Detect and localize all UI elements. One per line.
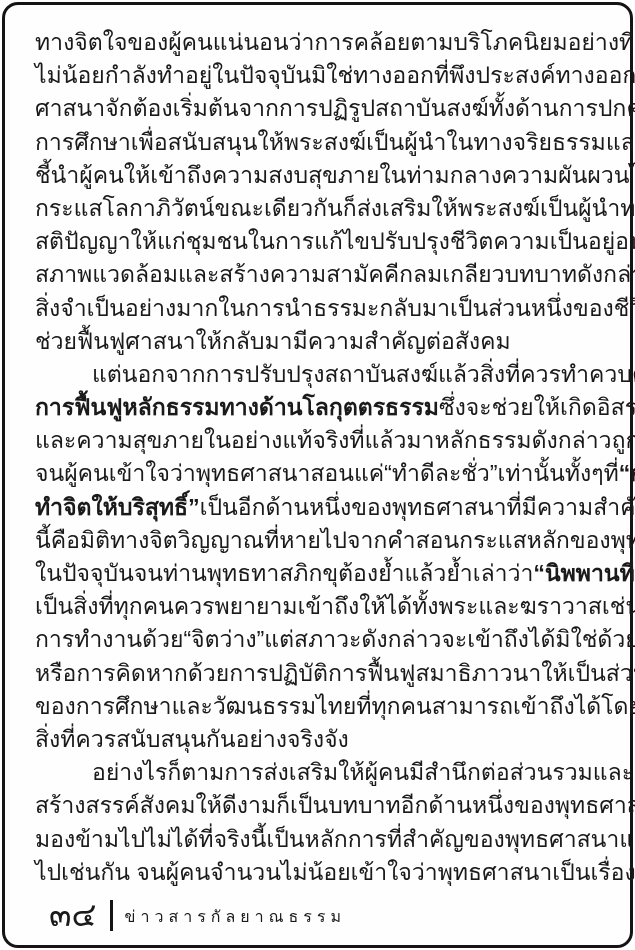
text-line: ไปเช่นกัน จนผู้คนจำนวนไม่น้อยเข้าใจว่าพุ… bbox=[35, 856, 615, 889]
text-segment: ที่จริงนี้เป็นหลักการที่สำคัญของพุทธศาสน… bbox=[198, 823, 619, 856]
text-segment: “นิพพานที่นี่ bbox=[533, 557, 635, 590]
text-segment: ไม่น้อยกำลังทำอยู่ในปัจจุบันมิใช่ทางออกท… bbox=[35, 59, 555, 92]
text-segment: สร้างสรรค์สังคมให้ดีงาม bbox=[35, 789, 276, 822]
text-line: มองข้ามไปไม่ได้ที่จริงนี้เป็นหลักการที่ส… bbox=[35, 823, 615, 856]
text-segment: ทั้งพระและฆราวาส bbox=[412, 590, 602, 623]
text-segment: สิ่งจำเป็นอย่างมากในการนำธรรมะกลับมาเป็น… bbox=[35, 292, 635, 325]
text-segment: พุทธศาสนาสอนแค่ bbox=[196, 457, 384, 490]
text-segment: ขณะเดียวกันก็ส่งเสริมให้พระสงฆ์เป็นผู้นำ… bbox=[215, 192, 635, 225]
text-segment: ของการศึกษาและวัฒนธรรมไทยที่ทุกคนสามารถเ… bbox=[35, 690, 635, 723]
text-segment: และช่วยกัน bbox=[593, 756, 635, 789]
text-segment: “ทำดี bbox=[384, 457, 435, 490]
text-segment: หรือการคิด bbox=[35, 657, 146, 690]
text-segment: และความสุขภายในอย่างแท้จริง bbox=[35, 424, 349, 457]
text-segment: สติปัญญาให้แก่ชุมชนในการแก้ไขปรับปรุงชีว… bbox=[35, 225, 615, 258]
text-segment: จนผู้คนเข้าใจว่า bbox=[35, 457, 196, 490]
text-line: กระแสโลกาภิวัตน์ขณะเดียวกันก็ส่งเสริมให้… bbox=[35, 192, 615, 225]
text-line: การทำงานด้วย“จิตว่าง”แต่สภาวะดังกล่าวจะเ… bbox=[35, 623, 615, 656]
text-line: แต่นอกจากการปรับปรุงสถาบันสงฆ์แล้วสิ่งที… bbox=[35, 358, 615, 391]
text-segment: ก็เป็นบทบาทอีกด้านหนึ่งของพุทธศาสนาที่จะ bbox=[276, 789, 635, 822]
text-segment: หากด้วยการปฏิบัติ bbox=[146, 657, 328, 690]
text-segment: ทำจิตให้บริสุทธิ์” bbox=[35, 491, 200, 524]
text-line: การฟื้นฟูหลักธรรมทางด้านโลกุตตรธรรมซึ่งจ… bbox=[35, 391, 615, 424]
text-segment: การฟื้นฟูหลักธรรมทางด้านโลกุตตรธรรม bbox=[35, 391, 439, 424]
page-number: ๓๔ bbox=[49, 896, 97, 934]
text-segment: “จิตว่าง” bbox=[183, 623, 264, 656]
text-line: การศึกษาเพื่อสนับสนุนให้พระสงฆ์เป็นผู้นำ… bbox=[35, 126, 615, 159]
text-segment: ทั้งๆ bbox=[565, 457, 604, 490]
scanned-page: ทางจิตใจของผู้คนแน่นอนว่าการคล้อยตามบริโ… bbox=[2, 2, 633, 948]
text-segment: ทางจิตใจของผู้คน bbox=[35, 26, 213, 59]
text-line: ไม่น้อยกำลังทำอยู่ในปัจจุบันมิใช่ทางออกท… bbox=[35, 59, 615, 92]
text-line: ทางจิตใจของผู้คนแน่นอนว่าการคล้อยตามบริโ… bbox=[35, 26, 615, 59]
body-text: ทางจิตใจของผู้คนแน่นอนว่าการคล้อยตามบริโ… bbox=[35, 26, 615, 889]
text-segment: ทั้งด้านการปกครองและ bbox=[489, 92, 635, 125]
text-segment: มองข้ามไปไม่ได้ bbox=[35, 823, 198, 856]
text-segment: เช่นเดียวกับ bbox=[602, 590, 635, 623]
text-segment: ที่แล้วมาหลักธรรมดังกล่าวถูกละเลยไป bbox=[349, 424, 635, 457]
text-segment: และสร้างความสามัคคีกลมเกลียว bbox=[178, 258, 505, 291]
text-segment: เป็นสิ่งที่ทุกคนควรพยายามเข้าถึงให้ได้ bbox=[35, 590, 412, 623]
text-segment: แต่ถูกละเลย bbox=[619, 823, 635, 856]
text-line: นี้คือมิติทางจิตวิญญาณที่หายไปจากคำสอนกร… bbox=[35, 524, 615, 557]
text-segment: นี้คือมิติทางจิตวิญญาณที่หายไปจากคำสอนกร… bbox=[35, 527, 635, 553]
text-segment: แต่สภาวะดังกล่าวจะเข้าถึงได้ bbox=[264, 623, 555, 656]
text-segment: และสามารถ bbox=[606, 126, 635, 159]
text-segment: ที่ bbox=[604, 457, 619, 490]
text-segment: ซึ่งจะช่วยให้เกิดอิสรภาพ bbox=[439, 391, 635, 424]
text-segment: มิใช่ด้วยการอ่าน bbox=[555, 623, 635, 656]
text-segment: สิ่งที่ควรทำควบคู่กันก็คือ bbox=[480, 358, 635, 391]
text-line: สิ่งจำเป็นอย่างมากในการนำธรรมะกลับมาเป็น… bbox=[35, 292, 615, 325]
text-segment: การทำงานด้วย bbox=[35, 623, 183, 656]
text-line: ศาสนาจักต้องเริ่มต้นจากการปฏิรูปสถาบันสง… bbox=[35, 92, 615, 125]
text-segment: ชี้นำผู้คนให้เข้าถึงความสงบสุขภายในท่ามก… bbox=[35, 162, 635, 188]
text-segment: แต่นอกจากการปรับปรุงสถาบันสงฆ์แล้ว bbox=[92, 358, 480, 391]
text-segment: เป็นอีกด้านหนึ่งของพุทธศาสนาที่มีความสำค… bbox=[200, 491, 635, 524]
text-line: จนผู้คนเข้าใจว่าพุทธศาสนาสอนแค่“ทำดีละชั… bbox=[35, 457, 615, 490]
text-segment: บทบาทดังกล่าวเป็น bbox=[505, 258, 635, 291]
page-footer: ๓๔ ข่าวสารกัลยาณธรรม bbox=[49, 896, 346, 934]
text-line: สติปัญญาให้แก่ชุมชนในการแก้ไขปรับปรุงชีว… bbox=[35, 225, 615, 258]
text-segment: อนุรักษ์ bbox=[615, 225, 635, 258]
text-segment: แน่นอนว่าการคล้อยตามบริโภคนิยมอย่างที่วั… bbox=[213, 26, 635, 59]
text-line: สภาพแวดล้อมและสร้างความสามัคคีกลมเกลียวบ… bbox=[35, 258, 615, 291]
text-line: ของการศึกษาและวัฒนธรรมไทยที่ทุกคนสามารถเ… bbox=[35, 690, 615, 723]
text-line: และความสุขภายในอย่างแท้จริงที่แล้วมาหลัก… bbox=[35, 424, 615, 457]
text-line: เป็นสิ่งที่ทุกคนควรพยายามเข้าถึงให้ได้ทั… bbox=[35, 590, 615, 623]
text-line: หรือการคิดหากด้วยการปฏิบัติการฟื้นฟูสมาธ… bbox=[35, 657, 615, 690]
text-segment: ทางออกสำหรับพุทธ bbox=[555, 59, 635, 92]
text-segment: จนท่านพุทธทาสภิกขุต้องย้ำแล้วย้ำเล่าว่า bbox=[134, 557, 534, 590]
text-line: ทำจิตให้บริสุทธิ์”เป็นอีกด้านหนึ่งของพุท… bbox=[35, 491, 615, 524]
text-segment: ช่วยฟื้นฟูศาสนาให้กลับมามีความสำคัญต่อสั… bbox=[35, 328, 511, 354]
text-segment: การฟื้นฟูสมาธิภาวนาให้เป็นส่วนหนึ่ง bbox=[328, 657, 635, 690]
newsletter-title: ข่าวสารกัลยาณธรรม bbox=[125, 901, 346, 930]
text-segment: เท่านั้น bbox=[497, 457, 564, 490]
text-segment: สภาพแวดล้อม bbox=[35, 258, 178, 291]
text-segment: ไปเช่นกัน จนผู้คนจำนวนไม่น้อยเข้าใจว่าพุ… bbox=[35, 859, 635, 885]
text-segment: ในปัจจุบัน bbox=[35, 557, 134, 590]
text-line: ช่วยฟื้นฟูศาสนาให้กลับมามีความสำคัญต่อสั… bbox=[35, 325, 615, 358]
text-segment: ละชั่ว” bbox=[435, 457, 498, 490]
text-segment: อย่างไรก็ตามการส่งเสริมให้ผู้คนมีสำนึกต่… bbox=[92, 756, 593, 789]
text-line: สิ่งที่ควรสนับสนุนกันอย่างจริงจัง bbox=[35, 723, 615, 756]
text-segment: กระแสโลกาภิวัตน์ bbox=[35, 192, 215, 225]
text-segment: สิ่งที่ควรสนับสนุนกันอย่างจริงจัง bbox=[35, 726, 349, 752]
text-segment: การศึกษา bbox=[35, 126, 131, 159]
text-segment: เพื่อสนับสนุนให้พระสงฆ์เป็นผู้นำในทางจริ… bbox=[131, 126, 606, 159]
text-line: ในปัจจุบันจนท่านพุทธทาสภิกขุต้องย้ำแล้วย… bbox=[35, 557, 615, 590]
text-line: อย่างไรก็ตามการส่งเสริมให้ผู้คนมีสำนึกต่… bbox=[35, 756, 615, 789]
text-line: สร้างสรรค์สังคมให้ดีงามก็เป็นบทบาทอีกด้า… bbox=[35, 789, 615, 822]
text-line: ชี้นำผู้คนให้เข้าถึงความสงบสุขภายในท่ามก… bbox=[35, 159, 615, 192]
text-segment: ศาสนาจักต้องเริ่มต้นจากการปฏิรูปสถาบันสง… bbox=[35, 92, 489, 125]
footer-divider bbox=[110, 900, 113, 931]
text-segment: “การ bbox=[619, 457, 635, 490]
